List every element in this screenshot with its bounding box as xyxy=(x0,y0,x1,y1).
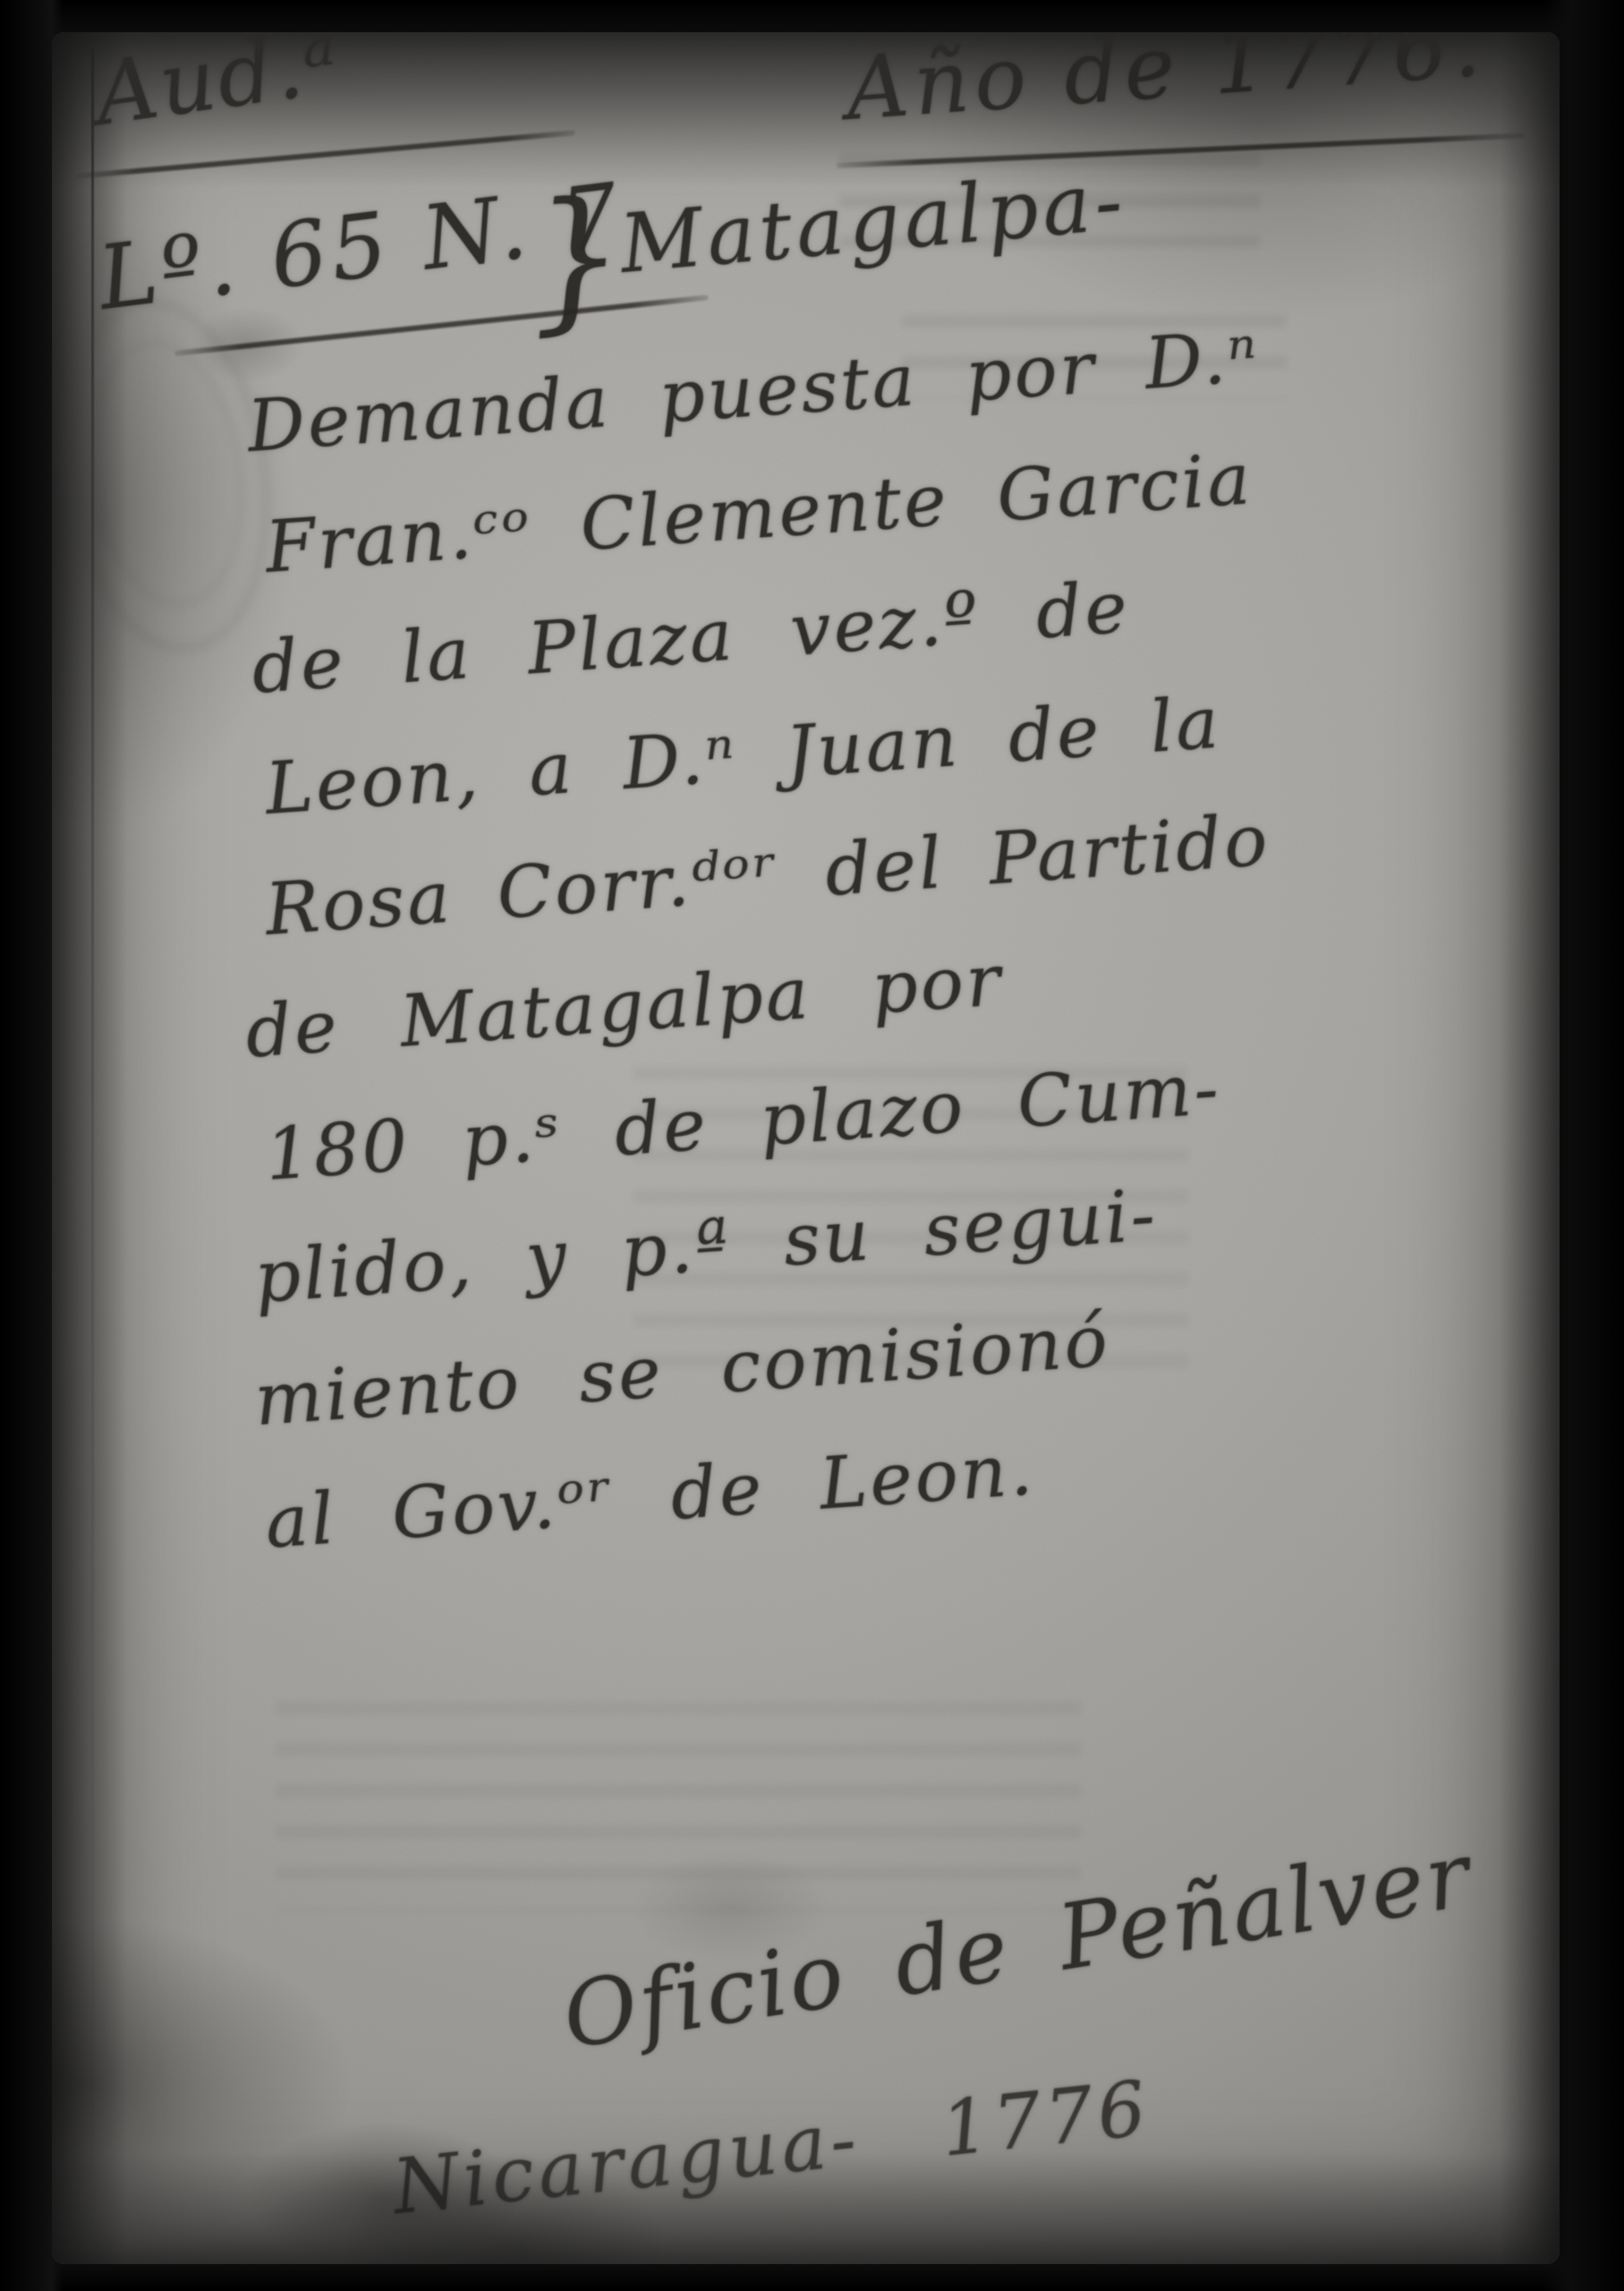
footer-place-year: Nicaragua- 1776 xyxy=(389,2065,1154,2231)
manuscript-page: Aud.ᵃ Año de 1776. Lº. 65 N. 7 } Matagal… xyxy=(52,32,1560,2264)
reference-place-title: Matagalpa- xyxy=(616,154,1130,292)
body-line: de Matagalpa por xyxy=(243,938,1006,1074)
body-line: de la Plaza vez.º de xyxy=(250,566,1133,710)
body-line: Demanda puesta por D.ⁿ xyxy=(245,314,1263,468)
body-line: al Gov.ᵒʳ de Leon. xyxy=(263,1427,1038,1564)
manuscript-photo: Aud.ᵃ Año de 1776. Lº. 65 N. 7 } Matagal… xyxy=(0,0,1624,2291)
body-line: miento se comisionó xyxy=(252,1299,1113,1442)
reference-brace: } xyxy=(520,166,634,351)
body-line: Rosa Corr.ᵈᵒʳ del Partido xyxy=(263,798,1273,951)
body-line: Leon, a D.ⁿ Juan de la xyxy=(263,681,1224,830)
body-line: 180 p.ˢ de plazo Cum- xyxy=(263,1047,1224,1197)
signature: Oficio de Peñalver xyxy=(557,1822,1479,2069)
header-year-title: Año de 1776. xyxy=(843,32,1488,140)
verso-ink-bleedthrough xyxy=(276,1688,1081,1912)
underline-year xyxy=(837,132,1526,168)
body-line: plido, y p.ª su segui- xyxy=(252,1173,1161,1319)
header-audiencia-annotation: Aud.ᵃ xyxy=(89,32,345,145)
